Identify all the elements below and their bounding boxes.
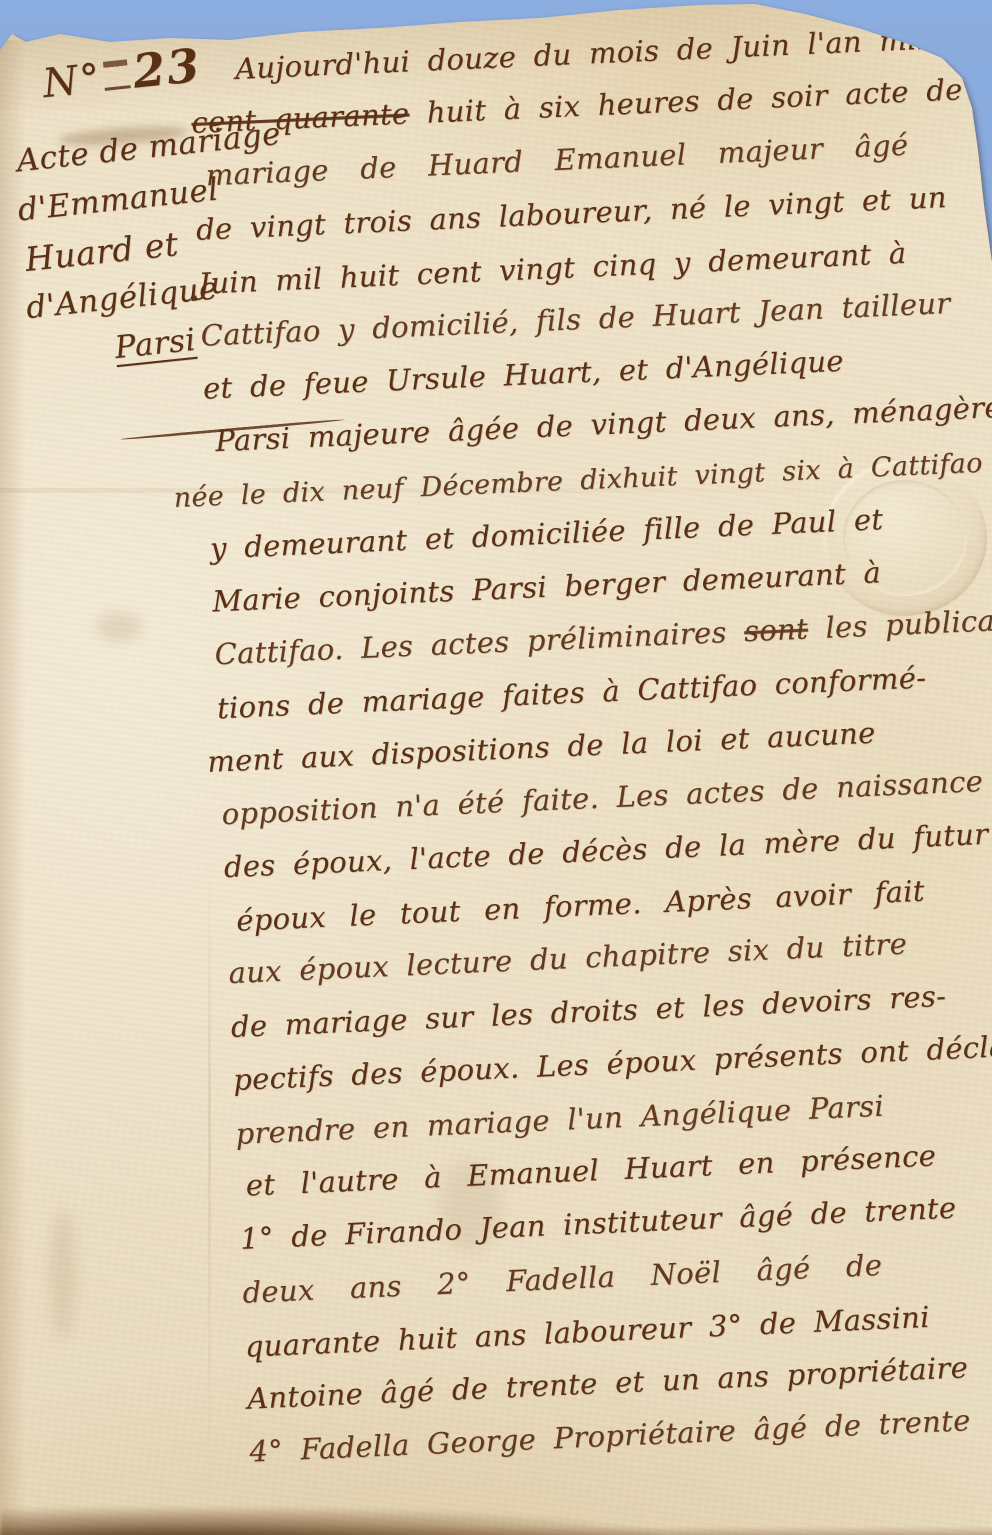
act-number-label: N°: [41, 55, 104, 107]
paper-stain: [50, 1210, 76, 1340]
manuscript-page: N°23 Acte de mariaged'EmmanuelHuard etd'…: [0, 0, 992, 1535]
paper-stain: [96, 612, 142, 642]
bottom-edge-shading: [0, 1526, 992, 1535]
manuscript-page-wrap: N°23 Acte de mariaged'EmmanuelHuard etd'…: [0, 0, 992, 1535]
manuscript-body: Aujourd'hui douze du mois de Juin l'an m…: [188, 9, 992, 1479]
vertical-crease: [208, 860, 211, 1500]
number-dashes: [103, 65, 131, 91]
photo-background: N°23 Acte de mariaged'EmmanuelHuard etd'…: [0, 0, 992, 1535]
left-edge-shading: [0, 40, 26, 1535]
